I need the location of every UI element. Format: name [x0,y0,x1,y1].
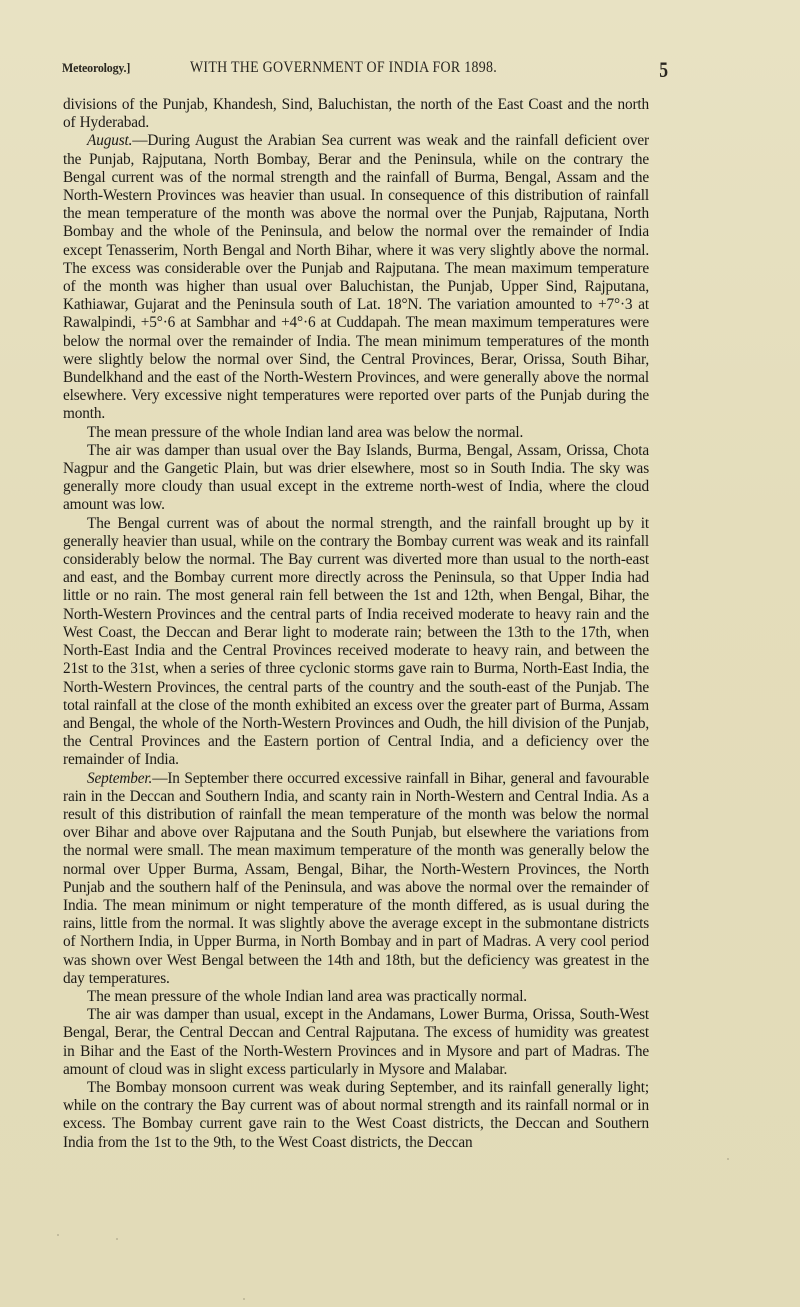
paragraph-august-pressure: The mean pressure of the whole Indian la… [63,424,649,442]
paragraph-text: divisions of the Punjab, Khandesh, Sind,… [63,96,649,131]
scan-speck [243,1298,245,1300]
page-number: 5 [659,57,668,83]
paragraph-text: The Bombay monsoon current was weak duri… [63,1079,649,1151]
paragraph-august-rainfall: The Bengal current was of about the norm… [63,515,649,770]
paragraph-text: The air was damper than usual over the B… [63,442,649,514]
scan-speck [57,1234,59,1236]
paragraph-continuation: divisions of the Punjab, Khandesh, Sind,… [63,96,649,132]
paragraph-september-humidity: The air was damper than usual, except in… [63,1006,649,1079]
paragraph-text: The mean pressure of the whole Indian la… [87,988,527,1005]
running-head: Meteorology.] WITH THE GOVERNMENT OF IND… [62,57,668,81]
scan-speck [116,1238,118,1240]
paragraph-august: August.—During August the Arabian Sea cu… [63,132,649,423]
paragraph-lead-september: September. [87,770,152,787]
paragraph-september-rainfall: The Bombay monsoon current was weak duri… [63,1079,649,1152]
paragraph-september-pressure: The mean pressure of the whole Indian la… [63,988,649,1006]
paragraph-text: The mean pressure of the whole Indian la… [87,424,523,441]
book-page: Meteorology.] WITH THE GOVERNMENT OF IND… [0,0,800,1307]
running-head-title: WITH THE GOVERNMENT OF INDIA FOR 1898. [190,59,497,77]
running-head-section: Meteorology.] [62,60,130,76]
body-text: divisions of the Punjab, Khandesh, Sind,… [63,96,649,1152]
paragraph-september: September.—In September there occurred e… [63,770,649,988]
paragraph-lead-august: August. [87,132,132,149]
paragraph-august-humidity: The air was damper than usual over the B… [63,442,649,515]
paragraph-text: —During August the Arabian Sea current w… [63,132,649,422]
paragraph-text: The air was damper than usual, except in… [63,1006,649,1078]
paragraph-text: The Bengal current was of about the norm… [63,515,649,769]
paragraph-text: —In September there occurred excessive r… [63,770,649,987]
scan-speck [727,1158,729,1160]
